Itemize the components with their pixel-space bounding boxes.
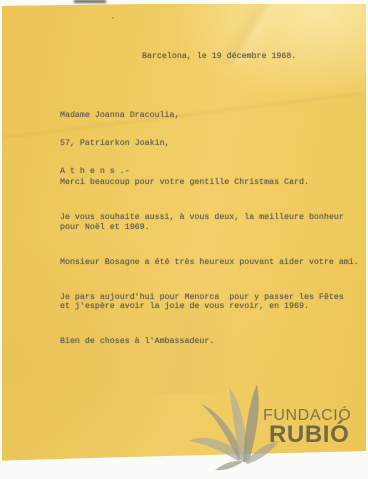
org-name-rubio: RUBIÓ <box>269 421 349 449</box>
dateline: Barcelona, le 19 décembre 1968. <box>142 52 296 61</box>
paragraph: Bien de choses à l'Ambassadeur. <box>60 337 360 346</box>
paragraph: Je vous souhaite aussi, à vous deux, la … <box>60 213 360 231</box>
paragraph: Je pars aujourd'hui pour Menorca pour y … <box>60 293 360 311</box>
scan-edge-mark <box>74 0 106 3</box>
recipient-street: 57, Patriarkon Joakin, <box>60 139 180 148</box>
watermark-logo: FUNDACIÓ RUBIÓ <box>186 383 368 475</box>
paper-speck <box>112 17 114 19</box>
letter-body: Merci beaucoup pour votre gentille Chris… <box>60 160 360 372</box>
paragraph: Merci beaucoup pour votre gentille Chris… <box>60 178 360 187</box>
leaf-cluster-icon <box>186 383 282 475</box>
recipient-name: Madame Joanna Dracoulia, <box>60 111 180 120</box>
paper-crease <box>2 92 368 138</box>
scanned-letter-page: Barcelona, le 19 décembre 1968. Madame J… <box>0 0 368 479</box>
paragraph: Monsieur Bosagne a été très heureux pouv… <box>60 258 360 267</box>
